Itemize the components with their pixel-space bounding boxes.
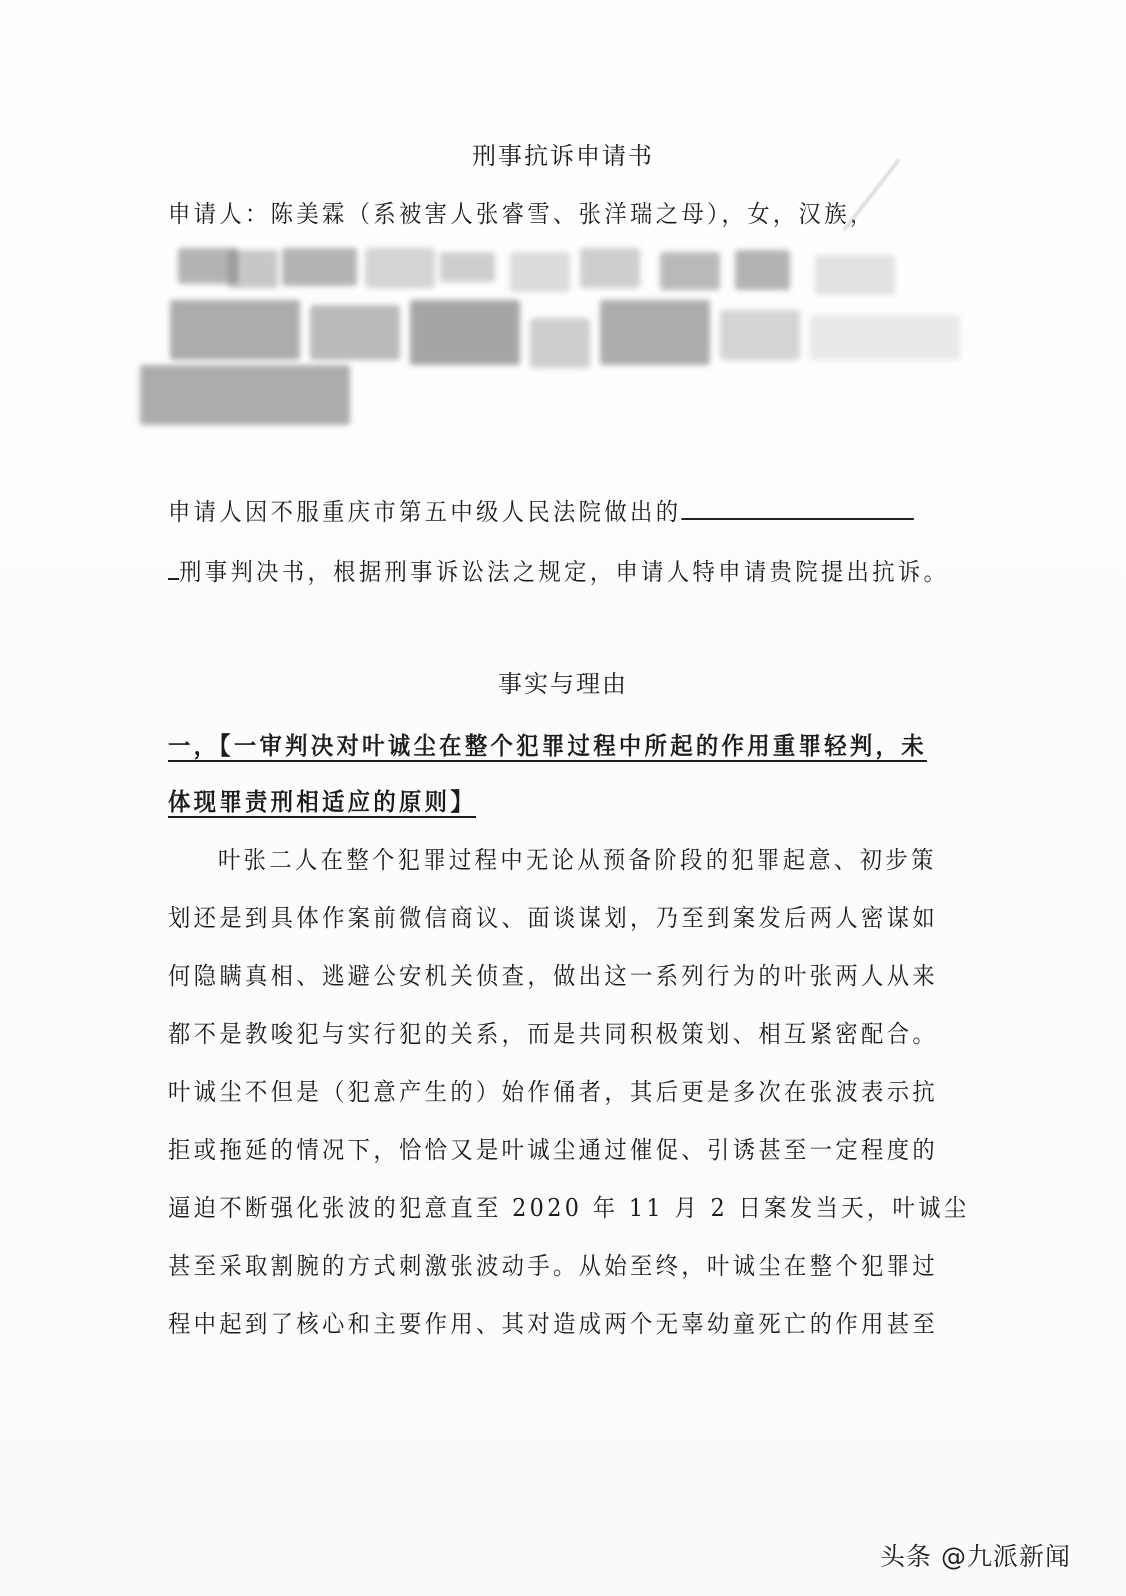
- document-page: 刑事抗诉申请书 申请人：陈美霖（系被害人张睿雪、张洋瑞之母），女，汉族， 申请人…: [0, 0, 1126, 1596]
- body-line: 程中起到了核心和主要作用、其对造成两个无辜幼童死亡的作用甚至: [168, 1308, 938, 1340]
- body-line: 逼迫不断强化张波的犯意直至 2020 年 11 月 2 日案发当天，叶诚尘: [168, 1192, 970, 1224]
- document-title: 刑事抗诉申请书: [0, 140, 1126, 172]
- body-line: 划还是到具体作案前微信商议、面谈谋划，乃至到案发后两人密谋如: [168, 902, 938, 934]
- intro-line-2: 刑事判决书，根据刑事诉讼法之规定，申请人特申请贵院提出抗诉。: [168, 556, 949, 588]
- body-line: 都不是教唆犯与实行犯的关系，而是共同积极策划、相互紧密配合。: [168, 1018, 938, 1050]
- body-line: 拒或拖延的情况下，恰恰又是叶诚尘通过催促、引诱甚至一定程度的: [168, 1134, 938, 1166]
- blank-judgment-number: [681, 496, 914, 520]
- intro-text-1: 申请人因不服重庆市第五中级人民法院做出的: [168, 498, 681, 526]
- body-line: 叶诚尘不但是（犯意产生的）始作俑者，其后更是多次在张波表示抗: [168, 1076, 938, 1108]
- body-line: 叶张二人在整个犯罪过程中无论从预备阶段的犯罪起意、初步策: [218, 844, 937, 876]
- source-watermark: 头条 @九派新闻: [880, 1537, 1071, 1573]
- point-one-heading-line-1: 一，【一审判决对叶诚尘在整个犯罪过程中所起的作用重罪轻判，未: [168, 730, 927, 762]
- section-title: 事实与理由: [0, 668, 1126, 700]
- body-line: 何隐瞒真相、逃避公安机关侦查，做出这一系列行为的叶张两人从来: [168, 960, 938, 992]
- blank-underscore: [168, 556, 179, 580]
- body-line: 甚至采取割腕的方式刺激张波动手。从始至终，叶诚尘在整个犯罪过: [168, 1250, 938, 1282]
- intro-line-1: 申请人因不服重庆市第五中级人民法院做出的: [168, 496, 914, 528]
- applicant-line: 申请人：陈美霖（系被害人张睿雪、张洋瑞之母），女，汉族，: [168, 198, 876, 230]
- intro-text-2: 刑事判决书，根据刑事诉讼法之规定，申请人特申请贵院提出抗诉。: [179, 558, 949, 586]
- point-one-heading-line-2: 体现罪责刑相适应的原则】: [168, 786, 476, 818]
